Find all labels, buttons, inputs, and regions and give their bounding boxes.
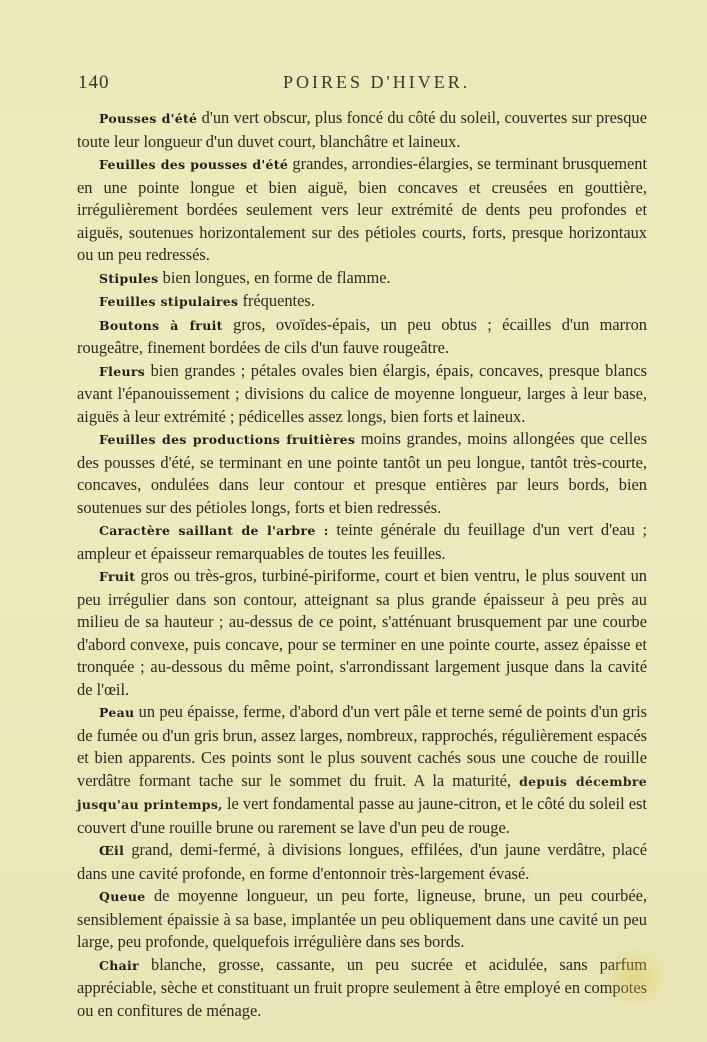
paragraph-lead: Feuilles des pousses d'été	[99, 157, 288, 172]
paragraph-text: de moyenne longueur, un peu forte, ligne…	[77, 886, 647, 951]
paragraph-text: grand, demi-fermé, à divisions longues, …	[77, 840, 647, 883]
paragraph-lead: Fruit	[99, 569, 135, 584]
paragraph-lead: Boutons à fruit	[99, 318, 223, 333]
paragraph-lead: Œil	[99, 843, 124, 858]
paragraph-chair: Chair blanche, grosse, cassante, un peu …	[77, 954, 647, 1023]
paragraph-lead: Queue	[99, 889, 145, 904]
paragraph-queue: Queue de moyenne longueur, un peu forte,…	[77, 885, 647, 954]
paragraph-feuilles-stipulaires: Feuilles stipulaires fréquentes.	[77, 290, 647, 314]
paragraph-lead: Peau	[99, 705, 134, 720]
paragraph-text: bien longues, en forme de flamme.	[159, 268, 391, 287]
paragraph-fleurs: Fleurs bien grandes ; pétales ovales bie…	[77, 360, 647, 429]
paragraph-lead: Feuilles stipulaires	[99, 294, 238, 309]
paragraph-oeil: Œil grand, demi-fermé, à divisions longu…	[77, 839, 647, 885]
paragraph-lead: Caractère saillant de l'arbre :	[99, 523, 329, 538]
paragraph-fruit: Fruit gros ou très-gros, turbiné-pirifor…	[77, 565, 647, 701]
page-body: Pousses d'été d'un vert obscur, plus fon…	[77, 107, 647, 1022]
paragraph-feuilles-productions: Feuilles des productions fruitières moin…	[77, 428, 647, 519]
paragraph-lead: Pousses d'été	[99, 111, 197, 126]
running-title: POIRES D'HIVER.	[283, 72, 470, 93]
paper-stain	[600, 945, 670, 1010]
paragraph-text: bien grandes ; pétales ovales bien élarg…	[77, 361, 647, 426]
paragraph-pousses: Pousses d'été d'un vert obscur, plus fon…	[77, 107, 647, 153]
paragraph-lead: Chair	[99, 958, 139, 973]
paragraph-lead: Fleurs	[99, 364, 145, 379]
paragraph-boutons: Boutons à fruit gros, ovoïdes-épais, un …	[77, 314, 647, 360]
paragraph-stipules: Stipules bien longues, en forme de flamm…	[77, 267, 647, 291]
paragraph-lead: Feuilles des productions fruitières	[99, 432, 355, 447]
page-number: 140	[78, 72, 110, 94]
paragraph-caractere: Caractère saillant de l'arbre : teinte g…	[77, 519, 647, 565]
book-page: 140 POIRES D'HIVER. Pousses d'été d'un v…	[0, 0, 707, 1042]
paragraph-text: fréquentes.	[238, 291, 314, 310]
page-header: 140 POIRES D'HIVER.	[78, 72, 658, 96]
paragraph-feuilles-pousses: Feuilles des pousses d'été grandes, arro…	[77, 153, 647, 267]
paragraph-peau: Peau un peu épaisse, ferme, d'abord d'un…	[77, 701, 647, 839]
paragraph-lead: Stipules	[99, 271, 159, 286]
paragraph-text: gros ou très-gros, turbiné-piriforme, co…	[77, 566, 647, 699]
paragraph-text: blanche, grosse, cassante, un peu sucrée…	[77, 955, 647, 1020]
